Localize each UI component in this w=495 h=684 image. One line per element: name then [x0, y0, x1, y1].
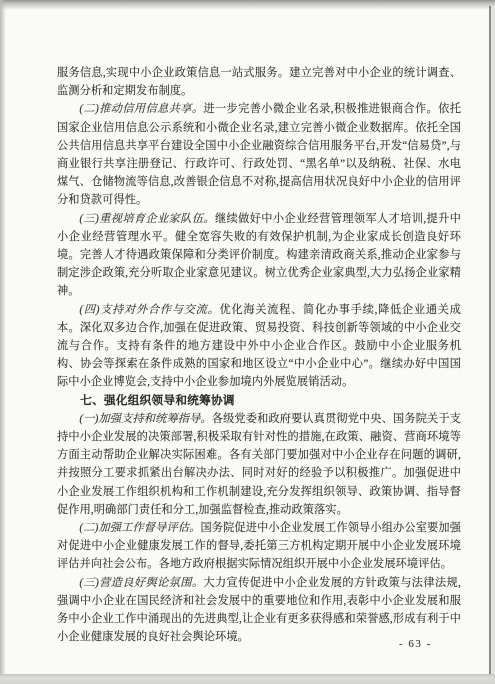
paragraph-text: 服务信息,实现中小企业政策信息一站式服务。建立完善对中小企业的统计调查、监测分析…	[57, 67, 461, 97]
scanned-document-page: 服务信息,实现中小企业政策信息一站式服务。建立完善对中小企业的统计调查、监测分析…	[0, 0, 495, 684]
scan-edge-left	[0, 0, 6, 684]
paragraph-item-7-2: (二)加强工作督导评估。国务院促进中小企业发展工作领导小组办公室要加强对促进中小…	[57, 519, 461, 574]
paragraph-text: 继续做好中小企业经营管理领军人才培训,提升中小企业经营管理水平。健全宽容失败的有…	[57, 213, 461, 298]
paragraph-lead: (四)支持对外合作与交流。	[79, 304, 219, 316]
paragraph-lead: (二)推动信用信息共享。	[79, 103, 203, 115]
section-seven-heading: 七、强化组织领导和统筹协调	[57, 392, 461, 410]
paragraph-item-6-2: (二)推动信用信息共享。进一步完善小微企业名录,积极推进银商合作。依托国家企业信…	[57, 100, 461, 209]
paragraph-lead: (二)加强工作督导评估。	[79, 522, 200, 534]
scan-edge-top	[0, 0, 495, 10]
paragraph-lead: (三)重视培育企业家队伍。	[79, 213, 215, 225]
paragraph-item-6-3: (三)重视培育企业家队伍。继续做好中小企业经营管理领军人才培训,提升中小企业经营…	[57, 210, 461, 301]
paragraph-text: 优化海关流程、简化办事手续,降低企业通关成本。深化双多边合作,加强在促进政策、贸…	[57, 304, 461, 389]
document-text-block: 服务信息,实现中小企业政策信息一站式服务。建立完善对中小企业的统计调查、监测分析…	[57, 64, 461, 647]
scan-edge-bottom	[0, 674, 495, 684]
paragraph-item-6-4: (四)支持对外合作与交流。优化海关流程、简化办事手续,降低企业通关成本。深化双多…	[57, 301, 461, 392]
scan-edge-right-margin	[491, 6, 495, 684]
paragraph-item-7-3: (三)营造良好舆论氛围。大力宣传促进中小企业发展的方针政策与法律法规,强调中小企…	[57, 574, 461, 647]
paragraph-lead: (三)营造良好舆论氛围。	[79, 577, 203, 589]
paragraph-text: 进一步完善小微企业名录,积极推进银商合作。依托国家企业信用信息公示系统和小微企业…	[57, 103, 461, 206]
paragraph-continuation: 服务信息,实现中小企业政策信息一站式服务。建立完善对中小企业的统计调查、监测分析…	[57, 64, 461, 100]
paragraph-item-7-1: (一)加强支持和统筹指导。各级党委和政府要认真贯彻党中央、国务院关于支持中小企业…	[57, 410, 461, 519]
page-number: - 63 -	[399, 638, 432, 650]
scan-edge-right-line	[489, 6, 491, 684]
paragraph-text: 各级党委和政府要认真贯彻党中央、国务院关于支持中小企业发展的决策部署,积极采取有…	[57, 413, 461, 516]
paragraph-lead: (一)加强支持和统筹指导。	[79, 413, 211, 425]
